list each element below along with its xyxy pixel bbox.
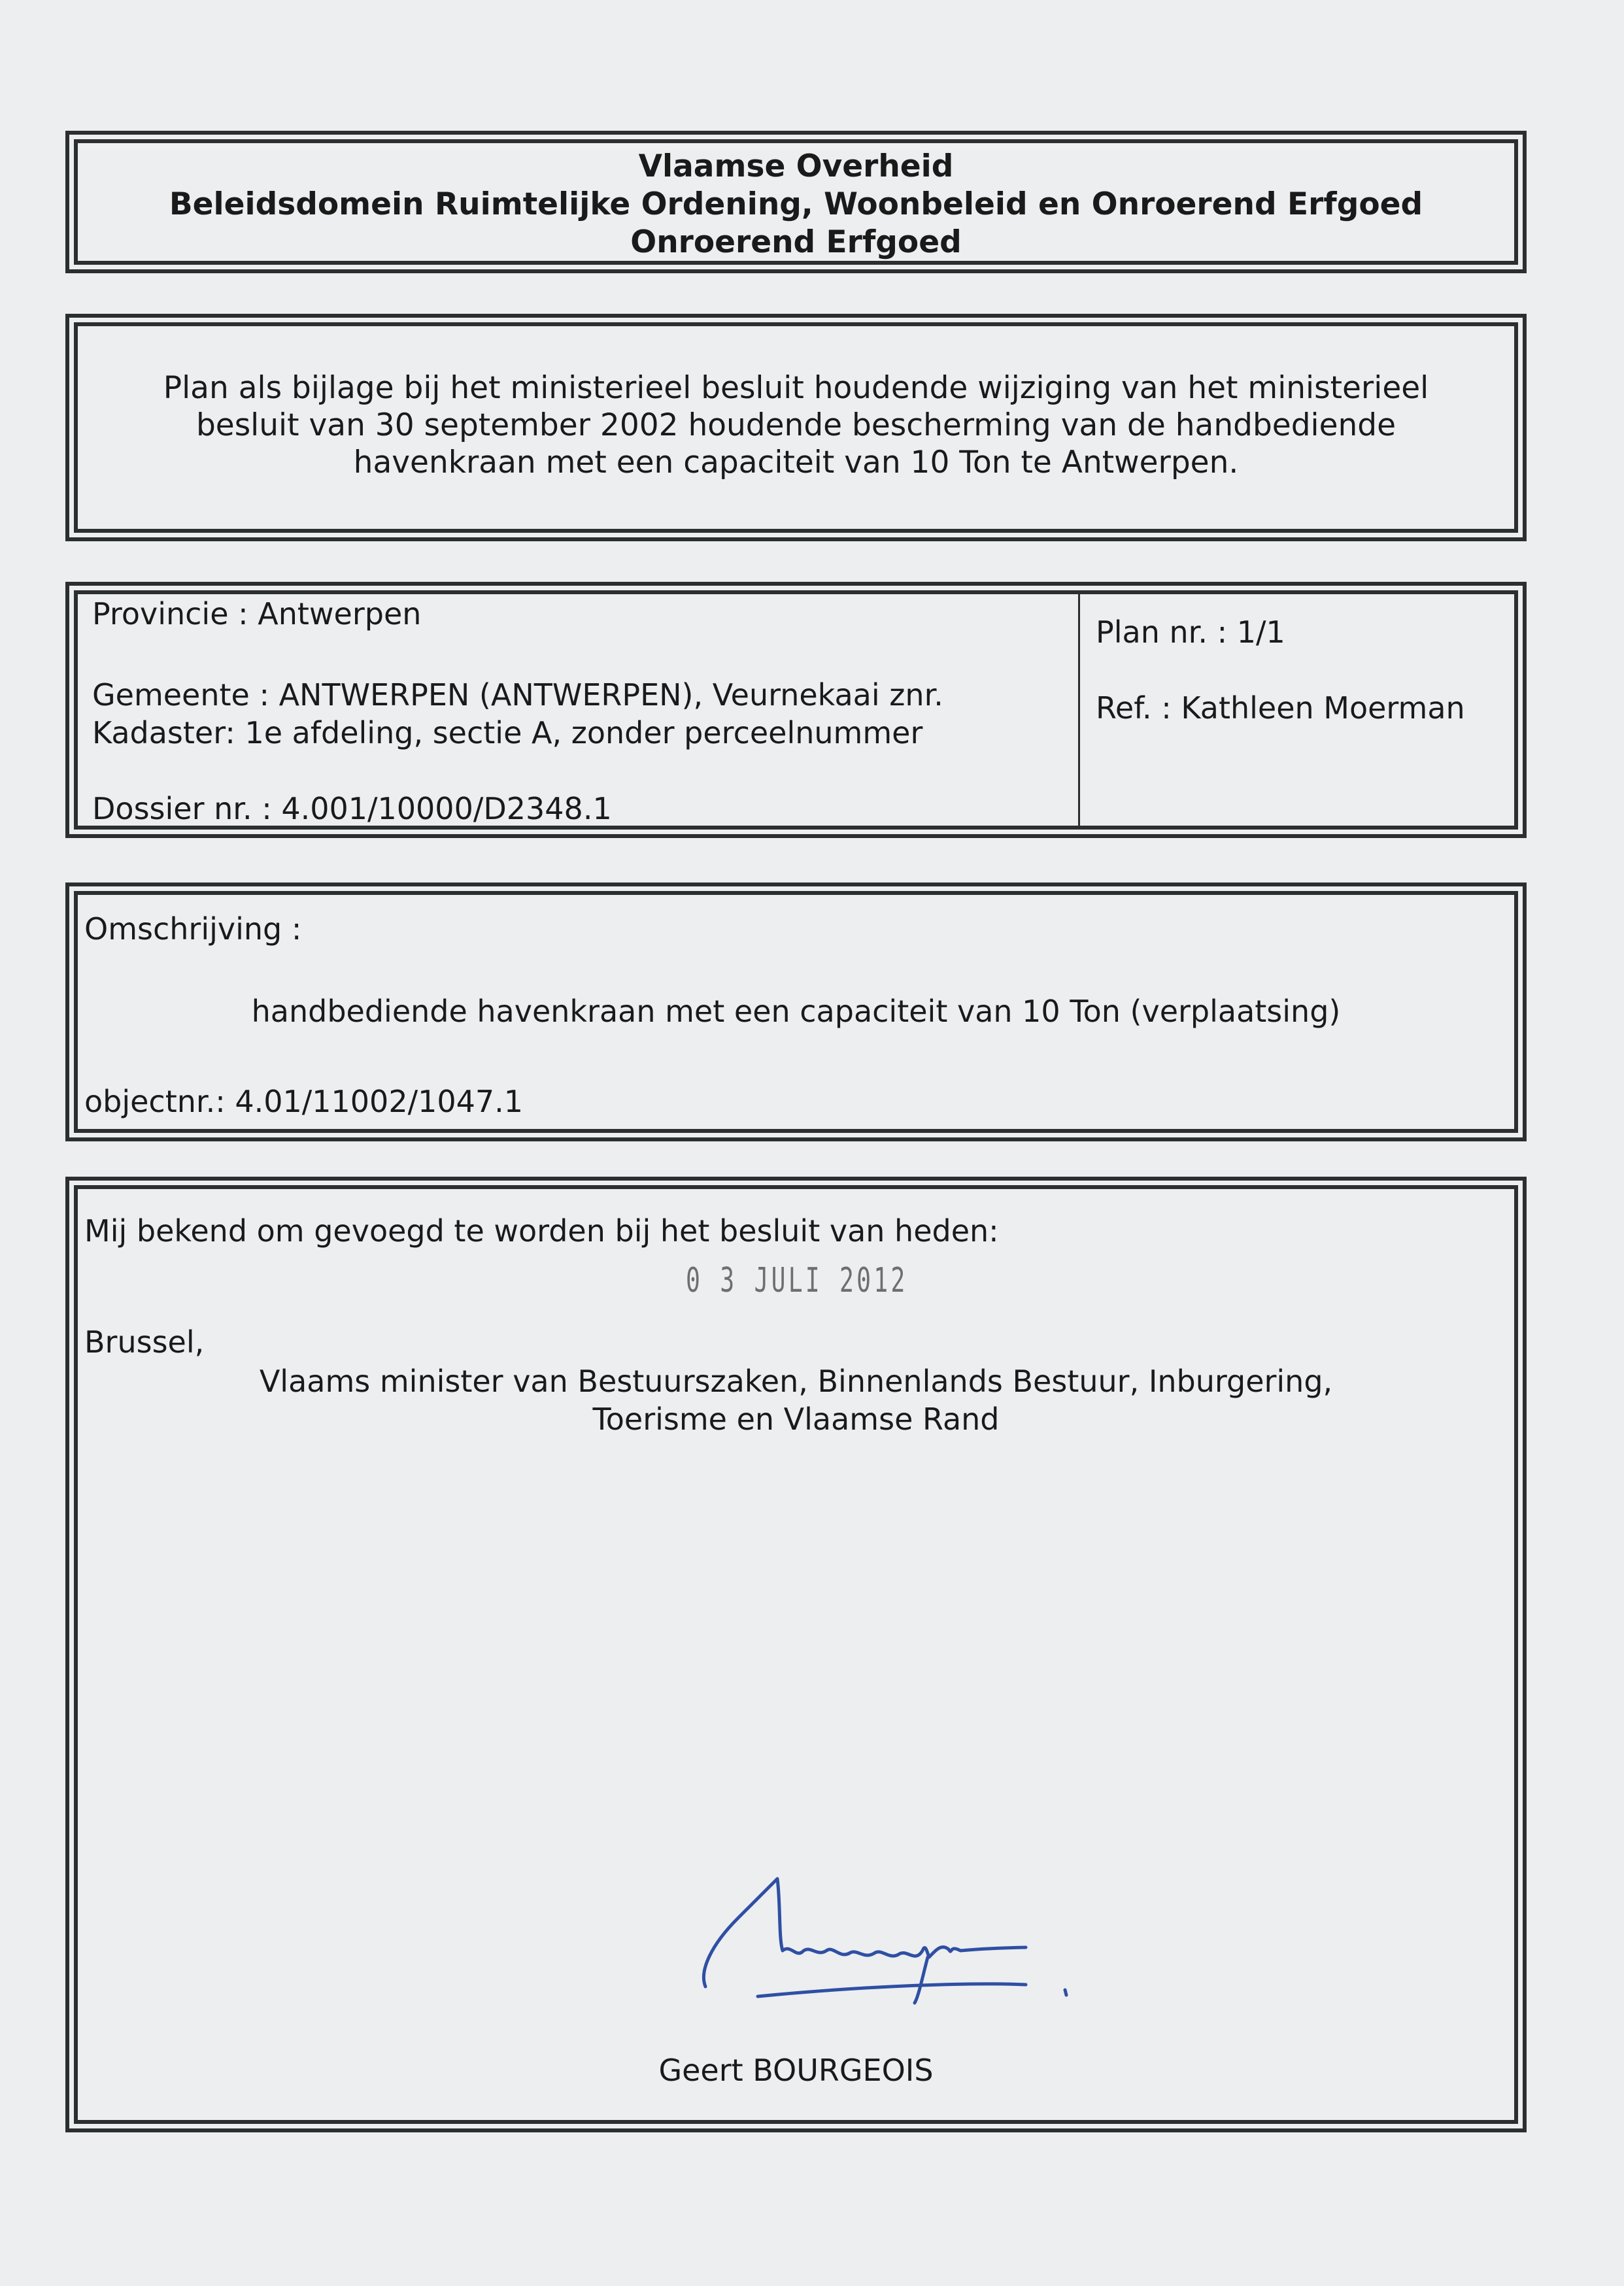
object-number: objectnr.: 4.01/11002/1047.1 [84,1083,523,1120]
date-stamp: 0 3 JULI 2012 [686,1261,908,1300]
header-domain: Beleidsdomein Ruimtelijke Ordening, Woon… [78,186,1514,224]
plan-title: Plan als bijlage bij het ministerieel be… [78,369,1514,481]
plan-details: Plan nr. : 1/1 Ref. : Kathleen Moerman [1080,594,1514,826]
header-box: Vlaamse Overheid Beleidsdomein Ruimtelij… [65,131,1527,273]
handwritten-signature-icon [692,1866,1281,2023]
header-organisation: Vlaamse Overheid [78,148,1514,186]
gemeente: Gemeente : ANTWERPEN (ANTWERPEN), Veurne… [92,677,943,713]
minister-title-line1: Vlaams minister van Bestuurszaken, Binne… [78,1363,1514,1400]
description-text: handbediende havenkraan met een capacite… [78,993,1514,1030]
dossier-number: Dossier nr. : 4.001/10000/D2348.1 [92,790,612,827]
provincie: Provincie : Antwerpen [92,596,421,632]
approval-statement: Mij bekend om gevoegd te worden bij het … [84,1213,999,1249]
reference: Ref. : Kathleen Moerman [1096,690,1465,726]
location-info-box: Provincie : Antwerpen Gemeente : ANTWERP… [65,582,1527,838]
plan-number: Plan nr. : 1/1 [1096,614,1285,650]
signatory-name: Geert BOURGEOIS [78,2052,1514,2089]
plan-title-line: Plan als bijlage bij het ministerieel be… [78,369,1514,407]
plan-title-line: havenkraan met een capaciteit van 10 Ton… [78,444,1514,481]
location-details: Provincie : Antwerpen Gemeente : ANTWERP… [78,594,1080,826]
header-agency: Onroerend Erfgoed [78,224,1514,261]
kadaster: Kadaster: 1e afdeling, sectie A, zonder … [92,714,922,751]
header-text: Vlaamse Overheid Beleidsdomein Ruimtelij… [78,143,1514,261]
minister-title-line2: Toerisme en Vlaamse Rand [78,1401,1514,1437]
title-box: Plan als bijlage bij het ministerieel be… [65,314,1527,541]
description-box: Omschrijving : handbediende havenkraan m… [65,882,1527,1141]
place: Brussel, [84,1324,204,1360]
signature-box: Mij bekend om gevoegd te worden bij het … [65,1177,1527,2132]
plan-title-line: besluit van 30 september 2002 houdende b… [78,407,1514,444]
description-label: Omschrijving : [84,911,301,947]
